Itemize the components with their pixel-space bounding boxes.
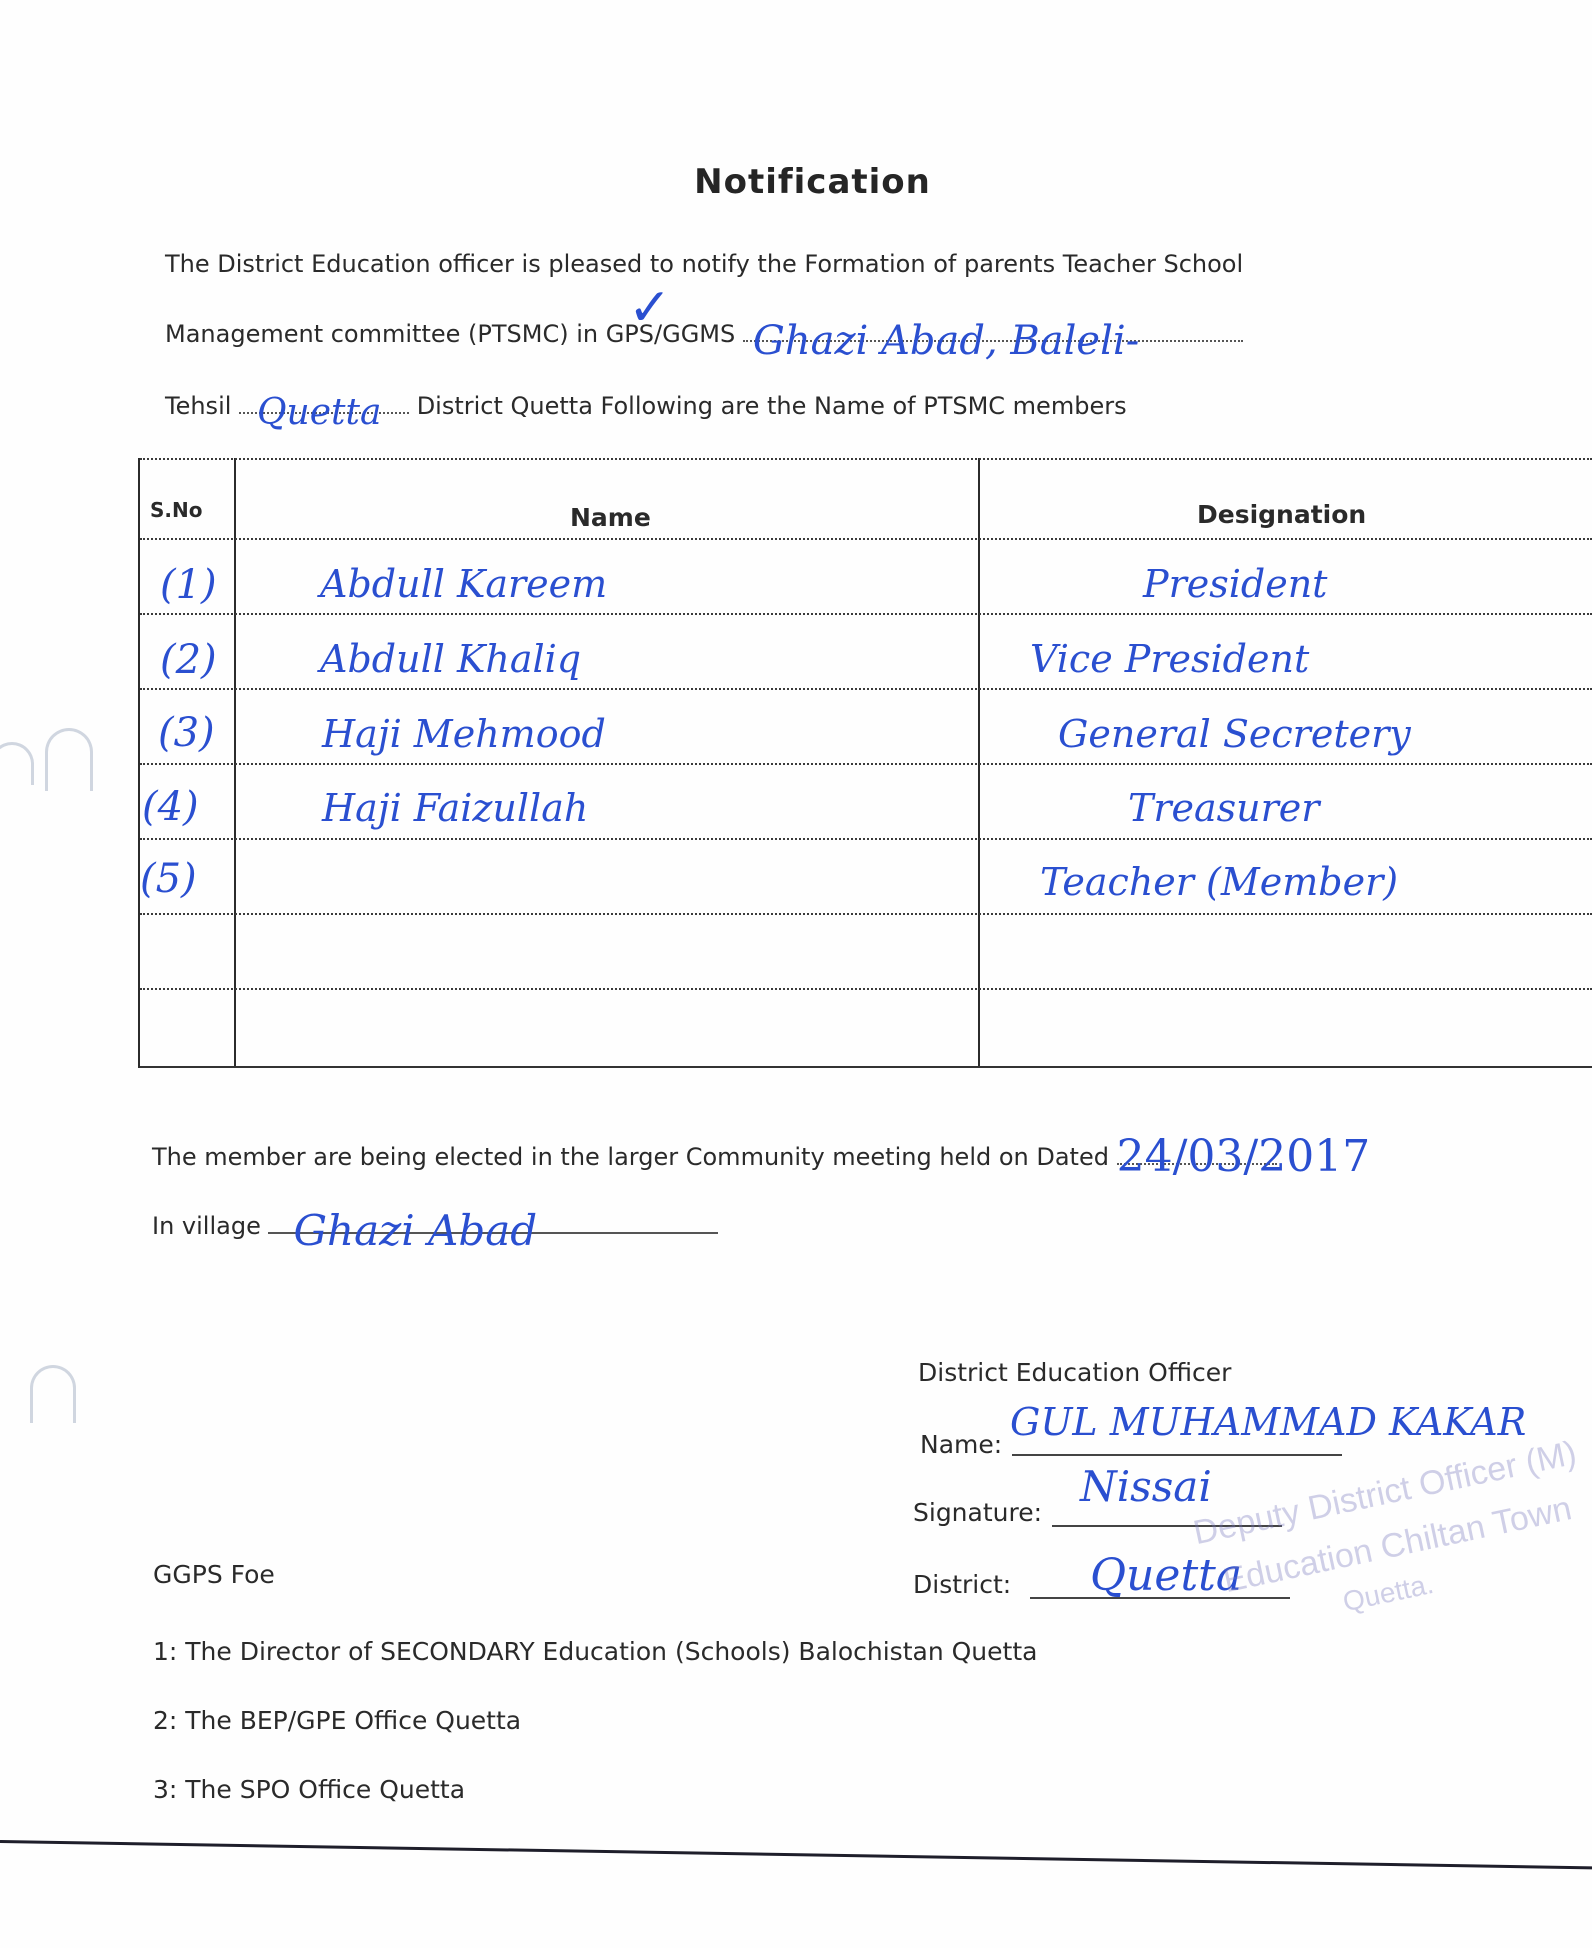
officer-heading: District Education Officer — [918, 1358, 1231, 1387]
intro-line-1: The District Education officer is please… — [165, 250, 1243, 278]
intro-line-2: Management committee (PTSMC) in GPS/GGMS… — [165, 320, 1243, 348]
district-handwritten: Quetta — [1090, 1550, 1242, 1601]
row-sno: (5) — [140, 856, 197, 902]
table-row-divider — [140, 988, 1592, 990]
intro-line-3-text: District Quetta Following are the Name o… — [417, 392, 1127, 420]
intro-line-1-text: The District Education officer is please… — [165, 250, 1243, 278]
header-designation: Designation — [1197, 500, 1366, 529]
tehsil-field: Quetta — [239, 412, 409, 414]
table-header-divider — [140, 538, 1592, 540]
copy-to-item-1: 1: The Director of SECONDARY Education (… — [153, 1637, 1037, 1666]
row-designation: President — [1143, 562, 1327, 606]
village-field: Ghazi Abad — [268, 1232, 718, 1234]
page-title: Notification — [0, 162, 1592, 202]
election-text: The member are being elected in the larg… — [152, 1143, 1109, 1171]
village-label: In village — [152, 1212, 261, 1240]
row-designation: Teacher (Member) — [1040, 860, 1398, 904]
punch-hole-mark — [45, 728, 93, 791]
row-sno: (4) — [142, 784, 199, 830]
checkmark-icon: ✓ — [628, 278, 672, 338]
row-sno: (3) — [158, 710, 215, 756]
officer-name-handwritten: GUL MUHAMMAD KAKAR — [1010, 1400, 1526, 1444]
table-row-divider — [140, 763, 1592, 765]
row-designation: Treasurer — [1128, 786, 1319, 830]
bottom-divider — [0, 1840, 1592, 1870]
stamp-line-3: Quetta. — [1340, 1568, 1436, 1618]
table-row-divider — [140, 913, 1592, 915]
header-name: Name — [570, 503, 651, 532]
election-line-1: The member are being elected in the larg… — [152, 1143, 1277, 1171]
copy-to-item-2: 2: The BEP/GPE Office Quetta — [153, 1706, 521, 1735]
row-designation: Vice President — [1030, 637, 1309, 681]
table-top-border — [140, 458, 1592, 460]
row-sno: (2) — [160, 637, 217, 683]
copy-to-item-3: 3: The SPO Office Quetta — [153, 1775, 465, 1804]
name-label: Name: — [920, 1430, 1002, 1459]
row-name: Haji Faizullah — [322, 786, 588, 830]
school-name-handwritten: Ghazi Abad, Baleli- — [753, 318, 1139, 364]
table-row-divider — [140, 688, 1592, 690]
table-row-divider — [140, 838, 1592, 840]
village-handwritten: Ghazi Abad — [293, 1206, 537, 1255]
date-field: 24/03/2017 — [1117, 1163, 1277, 1165]
signature-label: Signature: — [913, 1498, 1042, 1527]
name-underline — [1012, 1454, 1342, 1456]
row-sno: (1) — [160, 562, 217, 608]
copy-to-heading: GGPS Foe — [153, 1560, 275, 1589]
election-line-2: In village Ghazi Abad — [152, 1212, 718, 1240]
tehsil-label: Tehsil — [165, 392, 231, 420]
row-name: Abdull Khaliq — [320, 637, 581, 681]
intro-line-3: Tehsil Quetta District Quetta Following … — [165, 392, 1127, 420]
school-name-field: Ghazi Abad, Baleli- — [743, 340, 1243, 342]
header-sno: S.No — [150, 498, 202, 522]
district-label: District: — [913, 1570, 1011, 1599]
signature-handwritten: Nissai — [1080, 1462, 1212, 1511]
punch-hole-mark — [30, 1365, 76, 1423]
punch-hole-mark — [0, 742, 34, 785]
tehsil-handwritten: Quetta — [257, 392, 381, 433]
row-name: Abdull Kareem — [320, 562, 607, 606]
table-row-divider — [140, 613, 1592, 615]
date-handwritten: 24/03/2017 — [1117, 1131, 1371, 1182]
row-designation: General Secretery — [1058, 712, 1411, 756]
row-name: Haji Mehmood — [322, 712, 606, 756]
table-bottom-border — [140, 1066, 1592, 1068]
